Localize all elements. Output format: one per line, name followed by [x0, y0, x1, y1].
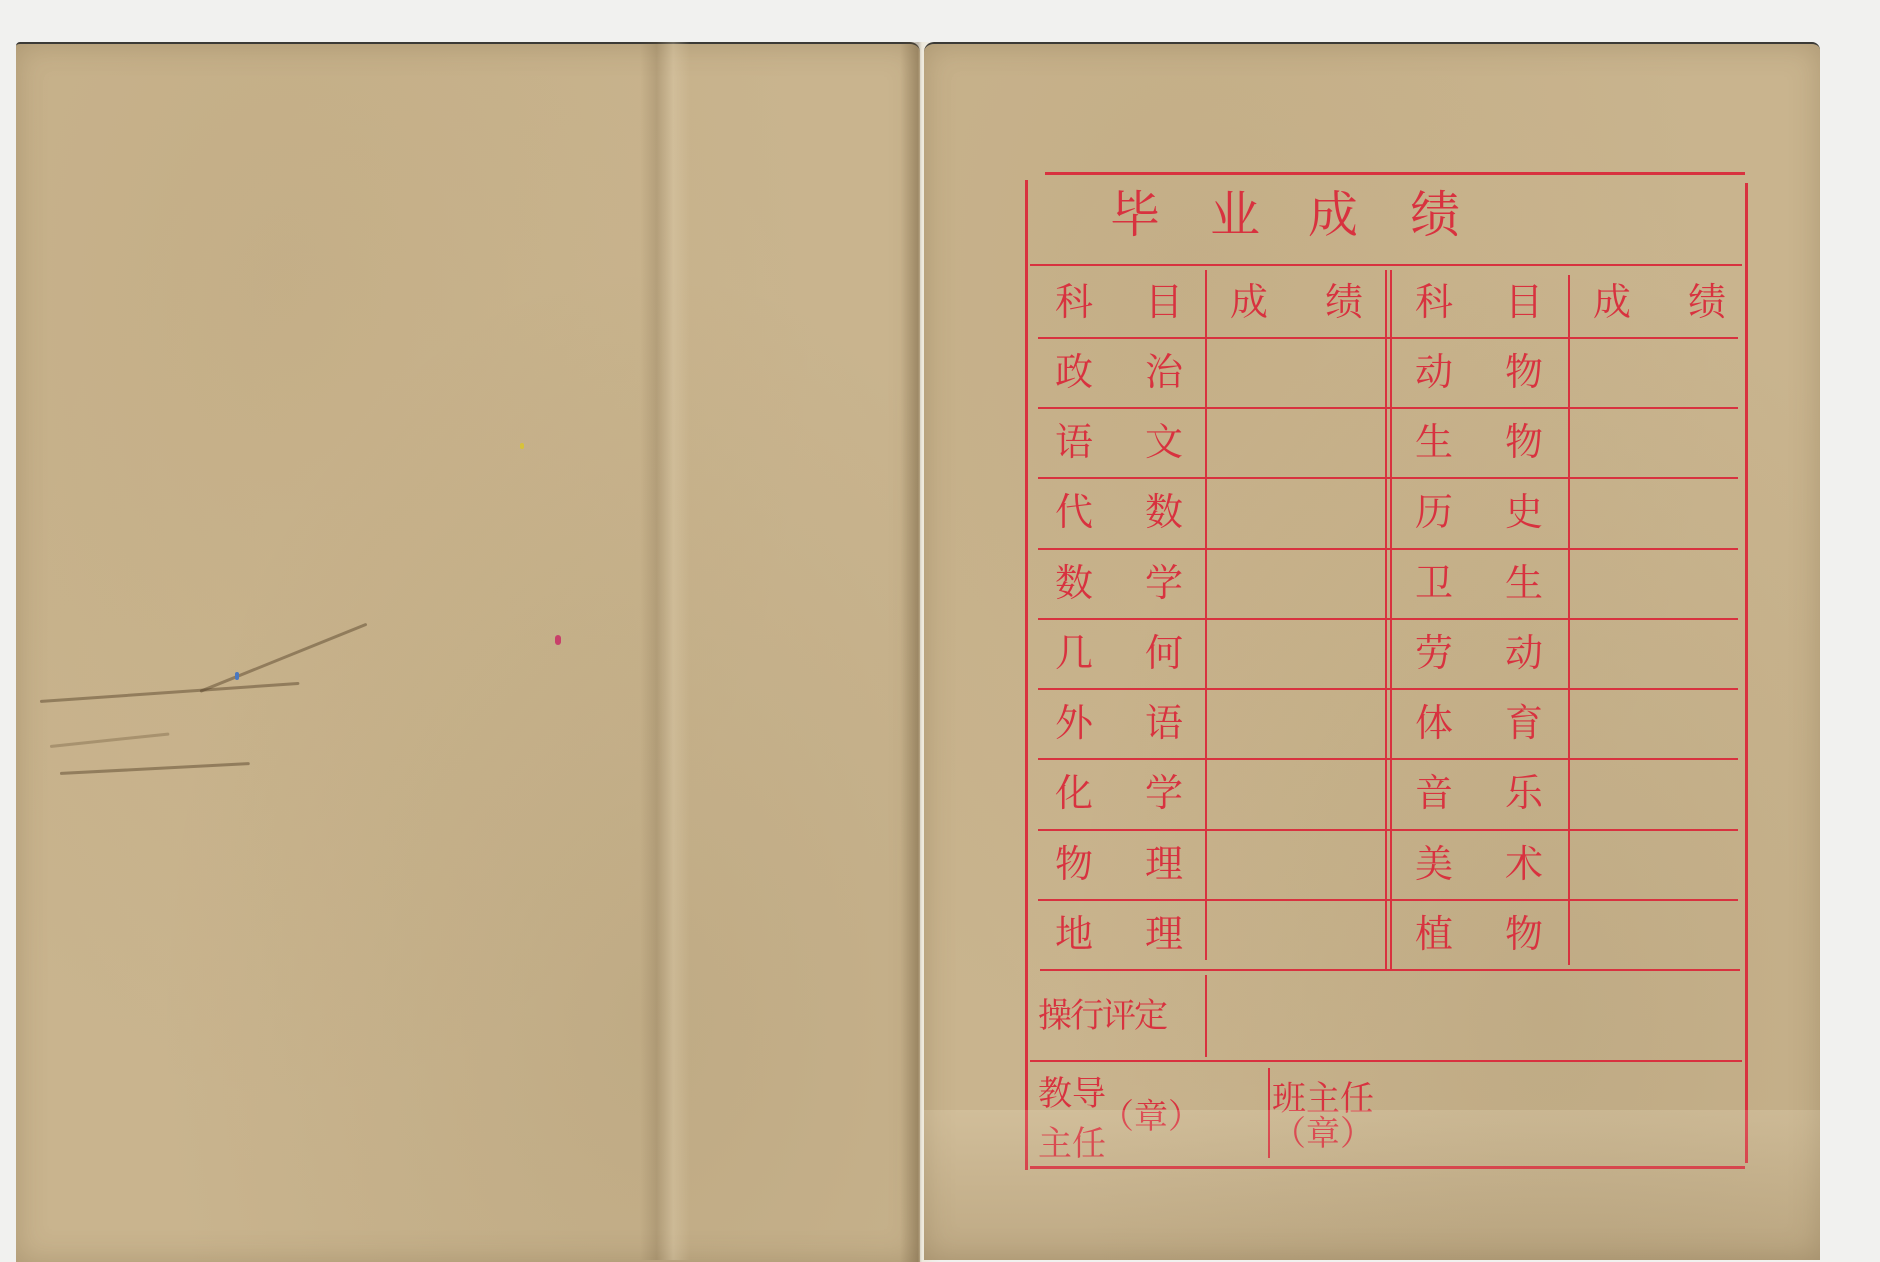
- subject-char: 代: [1055, 490, 1093, 534]
- grade-cell[interactable]: [1572, 551, 1742, 615]
- signature-divider: [1268, 1068, 1270, 1158]
- grade-cell[interactable]: [1572, 761, 1742, 825]
- subject-char: 动: [1505, 631, 1543, 675]
- header-grade-char: 绩: [1688, 280, 1726, 324]
- table-left-border: [1025, 180, 1028, 1170]
- title-char: 绩: [1410, 185, 1460, 245]
- subject-char: 乐: [1505, 771, 1543, 815]
- subject-char: 物: [1055, 842, 1093, 886]
- grade-cell[interactable]: [1210, 761, 1382, 825]
- row-line: [1038, 688, 1738, 690]
- grade-cell[interactable]: [1572, 832, 1742, 896]
- column-divider: [1390, 270, 1392, 970]
- title-char: 业: [1210, 185, 1260, 245]
- grade-cell[interactable]: [1210, 691, 1382, 755]
- table-top-border: [1045, 172, 1745, 175]
- row-line: [1038, 899, 1738, 901]
- header-subject-char: 目: [1145, 280, 1183, 324]
- subject-char: 体: [1415, 701, 1453, 745]
- subject-char: 数: [1055, 561, 1093, 605]
- subject-char: 育: [1505, 701, 1543, 745]
- grade-cell[interactable]: [1210, 410, 1382, 474]
- teacher-seal[interactable]: （章）: [1272, 1115, 1374, 1153]
- subject-char: 美: [1415, 842, 1453, 886]
- subject-char: 历: [1415, 490, 1453, 534]
- dean-label: 主任: [1038, 1125, 1106, 1163]
- conduct-bottom-line: [1030, 1060, 1742, 1062]
- grade-cell[interactable]: [1572, 410, 1742, 474]
- subject-char: 语: [1145, 701, 1183, 745]
- fleck: [555, 635, 561, 645]
- conduct-value[interactable]: [1210, 975, 1740, 1057]
- subject-char: 动: [1415, 350, 1453, 394]
- title-char: 成: [1308, 185, 1358, 245]
- grade-cell[interactable]: [1210, 551, 1382, 615]
- left-page-crease: [640, 42, 690, 1260]
- grade-cell[interactable]: [1572, 902, 1742, 966]
- subject-char: 理: [1145, 842, 1183, 886]
- dean-label: 教导: [1038, 1075, 1106, 1113]
- subject-char: 何: [1145, 631, 1183, 675]
- subject-char: 术: [1505, 842, 1543, 886]
- row-line: [1038, 477, 1738, 479]
- subject-char: 化: [1055, 771, 1093, 815]
- header-subject-char: 目: [1505, 280, 1543, 324]
- fleck: [520, 443, 524, 449]
- subject-char: 治: [1145, 350, 1183, 394]
- grade-cell[interactable]: [1572, 340, 1742, 404]
- title-char: 毕: [1110, 185, 1160, 245]
- subject-char: 政: [1055, 350, 1093, 394]
- column-divider: [1568, 275, 1570, 965]
- row-line: [1038, 829, 1738, 831]
- subject-char: 音: [1415, 771, 1453, 815]
- subject-char: 物: [1505, 912, 1543, 956]
- left-page: [16, 42, 920, 1262]
- grade-cell[interactable]: [1572, 480, 1742, 544]
- subject-char: 外: [1055, 701, 1093, 745]
- subject-char: 物: [1505, 350, 1543, 394]
- subject-char: 地: [1055, 912, 1093, 956]
- grade-cell[interactable]: [1572, 621, 1742, 685]
- fleck: [235, 672, 239, 680]
- conduct-label: 操行评定: [1038, 997, 1166, 1035]
- subject-char: 生: [1415, 420, 1453, 464]
- header-grade-char: 绩: [1325, 280, 1363, 324]
- header-subject-char: 科: [1055, 280, 1093, 324]
- subject-char: 物: [1505, 420, 1543, 464]
- subject-char: 学: [1145, 771, 1183, 815]
- teacher-label: 班主任: [1272, 1080, 1374, 1118]
- subject-char: 语: [1055, 420, 1093, 464]
- grade-cell[interactable]: [1210, 621, 1382, 685]
- row-line: [1038, 337, 1738, 339]
- column-divider: [1385, 270, 1387, 970]
- subject-char: 数: [1145, 490, 1183, 534]
- subject-char: 文: [1145, 420, 1183, 464]
- dean-seal[interactable]: （章）: [1100, 1098, 1202, 1136]
- subject-char: 史: [1505, 490, 1543, 534]
- grade-cell[interactable]: [1210, 340, 1382, 404]
- row-line: [1038, 407, 1738, 409]
- row-line: [1038, 548, 1738, 550]
- header-grade-char: 成: [1230, 280, 1268, 324]
- row-line: [1040, 969, 1740, 971]
- grade-cell[interactable]: [1210, 902, 1382, 966]
- table-right-border: [1745, 183, 1748, 1163]
- conduct-divider: [1205, 975, 1207, 1057]
- subject-char: 劳: [1415, 631, 1453, 675]
- subject-char: 理: [1145, 912, 1183, 956]
- subject-char: 几: [1055, 631, 1093, 675]
- grade-cell[interactable]: [1210, 480, 1382, 544]
- column-divider: [1205, 270, 1207, 960]
- table-bottom-border: [1030, 1166, 1745, 1169]
- row-line: [1038, 758, 1738, 760]
- subject-char: 卫: [1415, 561, 1453, 605]
- row-line: [1038, 618, 1738, 620]
- subject-char: 植: [1415, 912, 1453, 956]
- header-subject-char: 科: [1415, 280, 1453, 324]
- subject-char: 生: [1505, 561, 1543, 605]
- header-grade-char: 成: [1593, 280, 1631, 324]
- title-divider: [1030, 264, 1742, 266]
- subject-char: 学: [1145, 561, 1183, 605]
- grade-cell[interactable]: [1210, 832, 1382, 896]
- grade-cell[interactable]: [1572, 691, 1742, 755]
